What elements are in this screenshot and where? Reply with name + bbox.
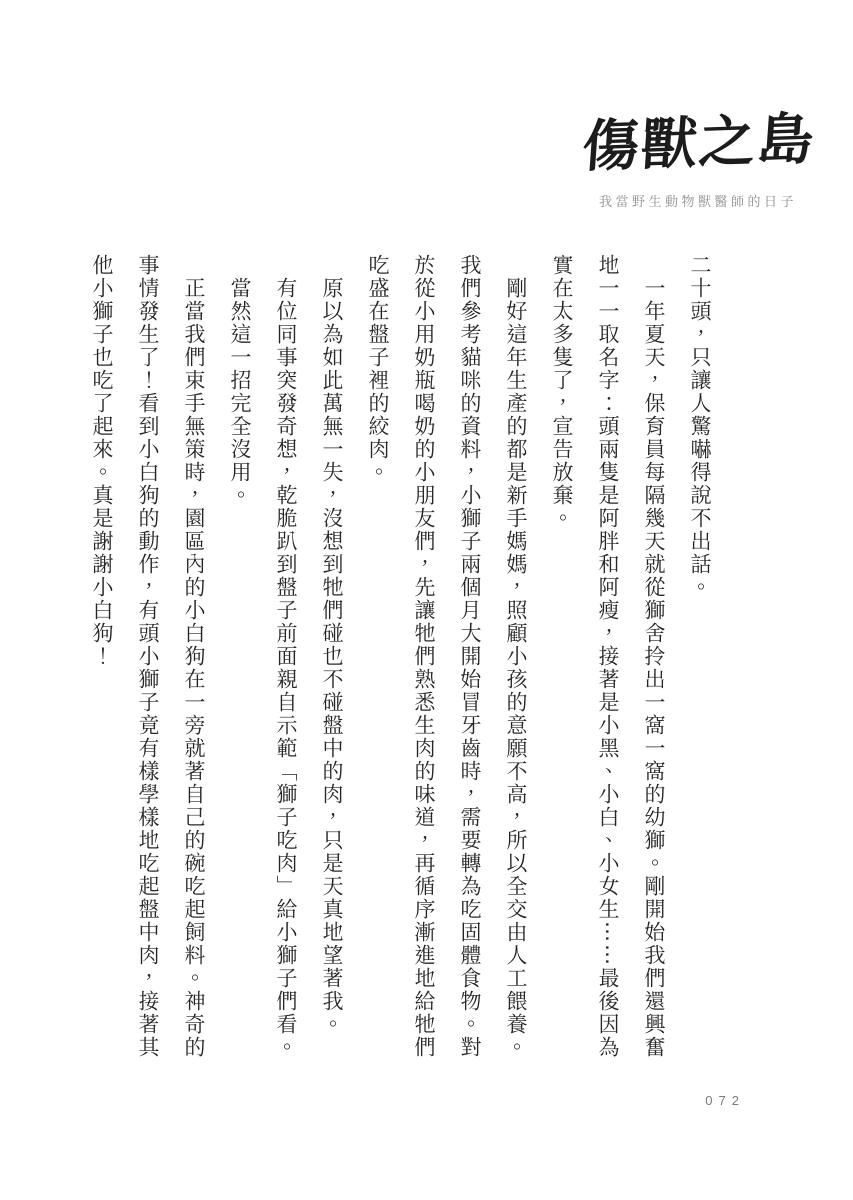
book-logo-subtitle: 我當野生動物獸醫師的日子 [583,191,813,210]
paragraph-4: 原以為如此萬無一失，沒想到牠們碰也不碰盤中的肉，只是天真地望著我。 [309,254,355,1060]
paragraph-3: 剛好這年生產的都是新手媽媽，照顧小孩的意願不高，所以全交由人工餵養。我們參考貓咪… [355,254,539,1060]
paragraph-1: 二十頭，只讓人驚嚇得說不出話。 [677,254,723,1060]
book-logo: 傷獸之島 我當野生動物獸醫師的日子 [583,108,813,210]
paragraph-6: 當然這一招完全沒用。 [217,254,263,1060]
paragraph-5: 有位同事突發奇想，乾脆趴到盤子前面親自示範「獅子吃肉」給小獅子們看。 [263,254,309,1060]
book-page: 傷獸之島 我當野生動物獸醫師的日子 二十頭，只讓人驚嚇得說不出話。 一年夏天，保… [0,0,853,1200]
book-logo-title: 傷獸之島 [580,104,816,185]
page-number: 072 [705,1093,745,1108]
paragraph-2: 一年夏天，保育員每隔幾天就從獅舍拎出一窩一窩的幼獅。剛開始我們還興奮地一一取名字… [539,254,677,1060]
body-text: 二十頭，只讓人驚嚇得說不出話。 一年夏天，保育員每隔幾天就從獅舍拎出一窩一窩的幼… [79,254,723,1060]
paragraph-7: 正當我們束手無策時，園區內的小白狗在一旁就著自己的碗吃起飼料。神奇的事情發生了！… [79,254,217,1060]
